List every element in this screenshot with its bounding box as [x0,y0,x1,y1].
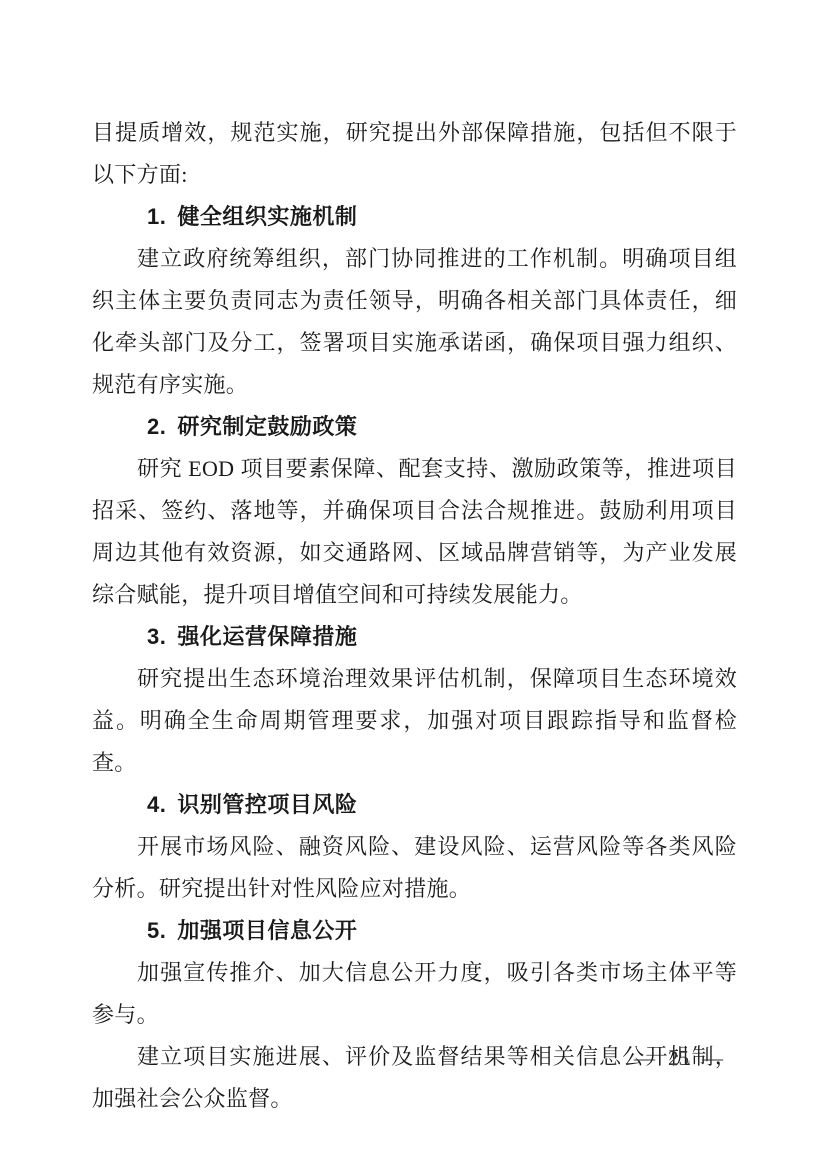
section-4-number: 4. [147,792,166,817]
section-1-title: 健全组织实施机制 [177,204,357,229]
footer-dash-right: — [702,1046,723,1071]
section-4-title: 识别管控项目风险 [177,792,357,817]
section-4-heading: 4.识别管控项目风险 [92,784,737,826]
document-content: 目提质增效，规范实施，研究提出外部保障措施，包括但不限于以下方面: 1.健全组织… [92,112,737,1120]
section-5-title: 加强项目信息公开 [177,918,357,943]
section-2-heading: 2.研究制定鼓励政策 [92,406,737,448]
page-number: 25 [668,1046,689,1071]
section-2-number: 2. [147,414,166,439]
section-3-paragraph: 研究提出生态环境治理效果评估机制，保障项目生态环境效益。明确全生命周期管理要求，… [92,658,737,784]
section-3-number: 3. [147,624,166,649]
section-2-title: 研究制定鼓励政策 [177,414,357,439]
section-3-heading: 3.强化运营保障措施 [92,616,737,658]
page-footer: — 25 — [634,1046,723,1071]
section-2-paragraph: 研究 EOD 项目要素保障、配套支持、激励政策等，推进项目招采、签约、落地等，并… [92,448,737,616]
section-1-paragraph: 建立政府统筹组织，部门协同推进的工作机制。明确项目组织主体主要负责同志为责任领导… [92,238,737,406]
paragraph-intro-continuation: 目提质增效，规范实施，研究提出外部保障措施，包括但不限于以下方面: [92,112,737,196]
section-3-title: 强化运营保障措施 [177,624,357,649]
section-4-paragraph: 开展市场风险、融资风险、建设风险、运营风险等各类风险分析。研究提出针对性风险应对… [92,826,737,910]
section-5-heading: 5.加强项目信息公开 [92,910,737,952]
section-5-paragraph-1: 加强宣传推介、加大信息公开力度，吸引各类市场主体平等参与。 [92,952,737,1036]
section-1-heading: 1.健全组织实施机制 [92,196,737,238]
section-5-number: 5. [147,918,166,943]
document-page: 目提质增效，规范实施，研究提出外部保障措施，包括但不限于以下方面: 1.健全组织… [0,0,826,1169]
section-1-number: 1. [147,204,166,229]
footer-dash-left: — [634,1046,655,1071]
